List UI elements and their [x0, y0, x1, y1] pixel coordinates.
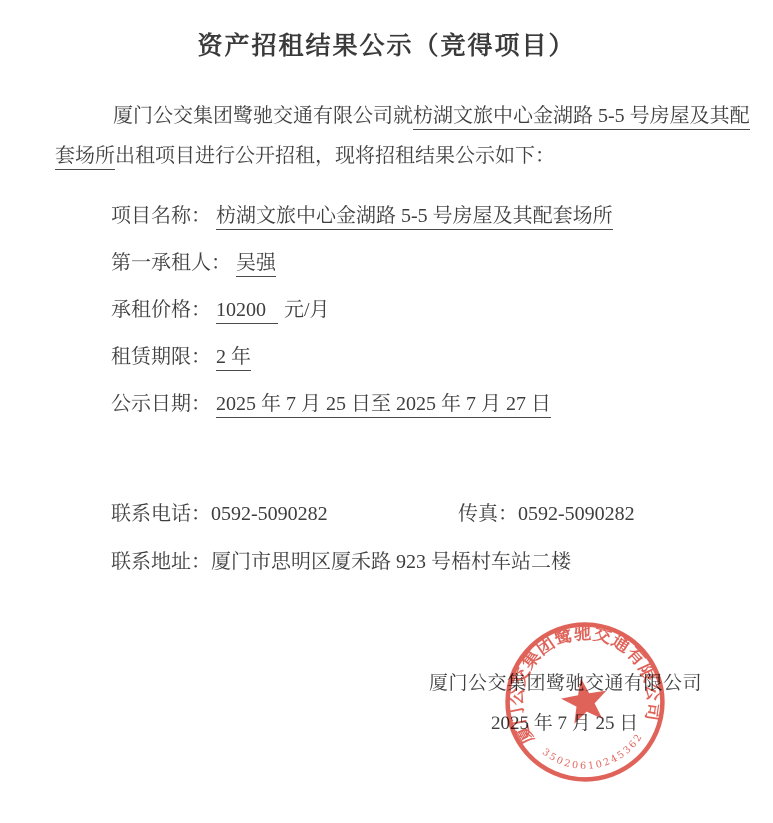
document-title: 资产招租结果公示（竞得项目）	[0, 26, 773, 62]
intro-line-1: 厦门公交集团鹭驰交通有限公司就枋湖文旅中心金湖路 5-5 号房屋及其配	[113, 99, 750, 128]
field-label: 项目名称：	[111, 205, 211, 227]
intro-line-2-underlined: 套场所	[55, 145, 115, 170]
field-value: 2025 年 7 月 25 日至 2025 年 7 月 27 日	[216, 393, 551, 418]
field-value: 枋湖文旅中心金湖路 5-5 号房屋及其配套场所	[216, 205, 613, 230]
intro-line-2-plain: 出租项目进行公开招租，现将招租结果公示如下：	[115, 145, 555, 167]
field-value: 10200	[216, 299, 278, 324]
field-value: 吴强	[236, 252, 276, 277]
field-value: 2 年	[216, 346, 251, 371]
intro-line-1-underlined: 枋湖文旅中心金湖路 5-5 号房屋及其配	[413, 105, 750, 130]
field-label: 租赁期限：	[111, 346, 211, 368]
field-value-suffix: 元/月	[284, 299, 330, 321]
contact-phone-row: 联系电话：0592-5090282 传真：0592-5090282	[111, 497, 731, 526]
contact-fax-block: 传真：0592-5090282	[458, 497, 635, 526]
contact-phone-label: 联系电话：	[111, 503, 211, 525]
field-row-publicity-date: 公示日期：2025 年 7 月 25 日至 2025 年 7 月 27 日	[111, 391, 613, 438]
seal-company-name: 厦门公交集团鹭驰交通有限公司	[492, 609, 668, 749]
field-row-first-lessee: 第一承租人：吴强	[111, 250, 613, 297]
field-row-lease-term: 租赁期限：2 年	[111, 344, 613, 391]
intro-line-1-plain: 厦门公交集团鹭驰交通有限公司就	[113, 105, 413, 127]
official-seal: 厦门公交集团鹭驰交通有限公司 35020610245362	[485, 602, 684, 801]
star-icon	[558, 674, 611, 725]
contact-address-value: 厦门市思明区厦禾路 923 号梧村车站二楼	[211, 551, 571, 573]
contact-fax-label: 传真：	[458, 503, 518, 525]
field-label: 公示日期：	[111, 393, 211, 415]
field-label: 第一承租人：	[111, 252, 231, 274]
contact-address-label: 联系地址：	[111, 551, 211, 573]
intro-line-2: 套场所出租项目进行公开招租，现将招租结果公示如下：	[55, 139, 555, 168]
field-row-rent-price: 承租价格：10200元/月	[111, 297, 613, 344]
contact-fax-value: 0592-5090282	[518, 503, 635, 525]
field-label: 承租价格：	[111, 299, 211, 321]
contact-address-row: 联系地址：厦门市思明区厦禾路 923 号梧村车站二楼	[111, 545, 571, 574]
contact-phone-value: 0592-5090282	[211, 503, 328, 525]
notice-document: 资产招租结果公示（竞得项目） 厦门公交集团鹭驰交通有限公司就枋湖文旅中心金湖路 …	[0, 0, 773, 823]
field-row-project-name: 项目名称：枋湖文旅中心金湖路 5-5 号房屋及其配套场所	[111, 203, 613, 250]
field-list: 项目名称：枋湖文旅中心金湖路 5-5 号房屋及其配套场所 第一承租人：吴强 承租…	[111, 203, 613, 438]
